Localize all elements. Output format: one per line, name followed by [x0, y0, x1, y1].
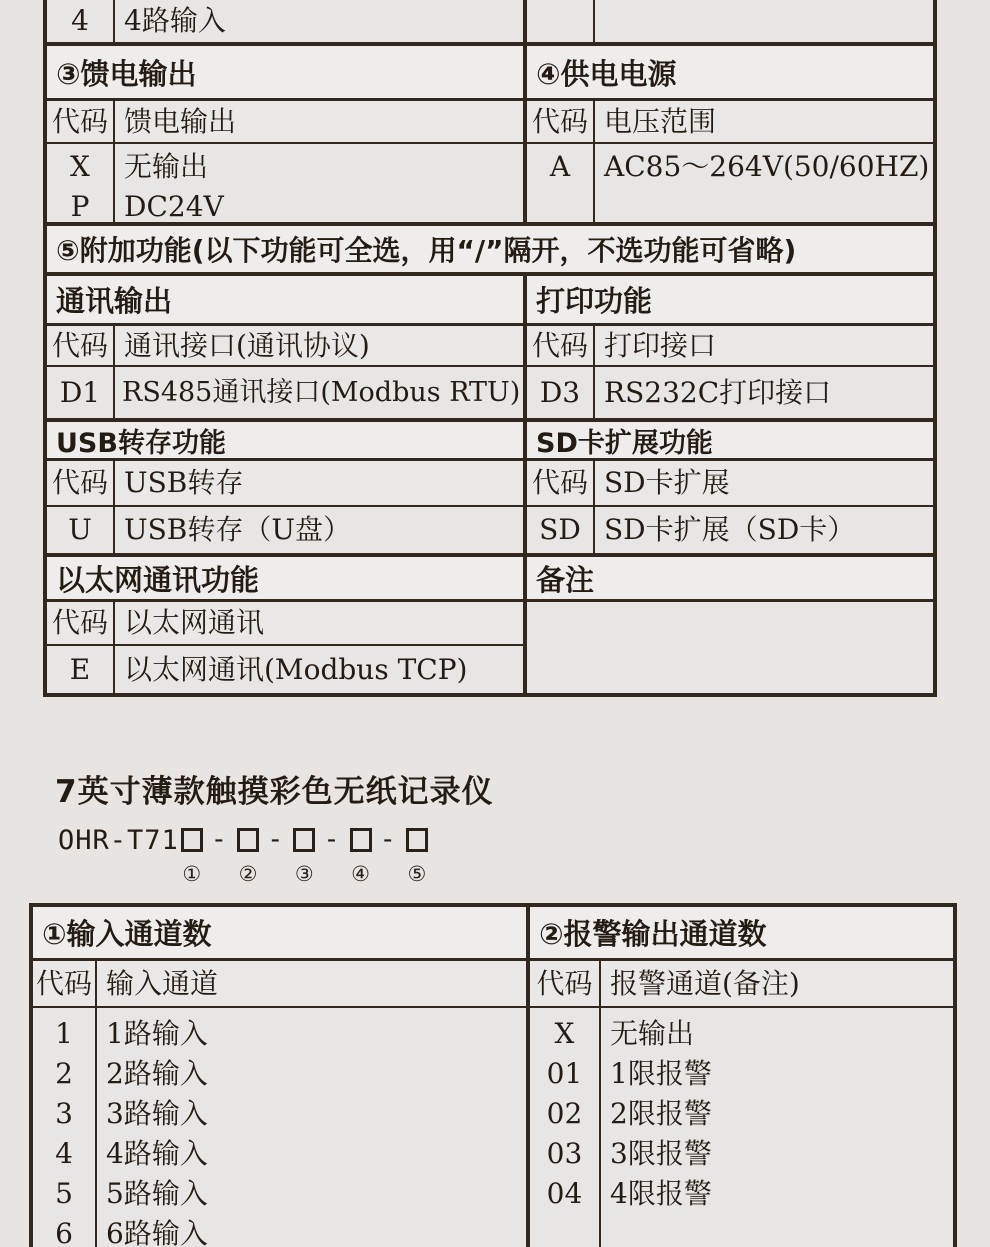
ethernet-func-title-cell: 以太网通讯功能	[47, 557, 523, 599]
comm-print-body-row: D1 RS485通讯接口(Modbus RTU) D3 RS232C打印接口	[47, 367, 933, 422]
power-supply-header: 代码 电压范围	[523, 101, 933, 142]
comm-output-title-cell: 通讯输出	[47, 276, 523, 323]
desc-header-label: 输入通道	[106, 961, 526, 1006]
position-label: ①	[182, 864, 201, 885]
desc-value: 3限报警	[610, 1134, 953, 1174]
desc-value: 4限报警	[610, 1174, 953, 1214]
comm-output-body: D1 RS485通讯接口(Modbus RTU)	[47, 367, 523, 418]
alarm-channels-header: 代码 报警通道(备注)	[526, 961, 953, 1006]
power-supply-body: A AC85～264V(50/60HZ)	[523, 144, 933, 222]
code-header-cell: 代码	[527, 461, 595, 505]
code-cell: D1	[47, 367, 115, 418]
section-title: 备注	[527, 557, 933, 599]
desc-value: 3路输入	[106, 1094, 526, 1134]
desc-value: SD卡扩展（SD卡）	[604, 510, 933, 550]
desc-value: 1限报警	[610, 1054, 953, 1094]
code-value: A	[550, 147, 570, 187]
usb-func-body: U USB转存（U盘）	[47, 507, 523, 553]
desc-value: 5路输入	[106, 1174, 526, 1214]
code-value: U	[68, 510, 92, 550]
desc-cell: RS232C打印接口	[595, 367, 933, 418]
desc-header-label: SD卡扩展	[604, 461, 933, 505]
section-title: 打印功能	[527, 276, 933, 323]
partial-row: 4 4路输入	[47, 0, 933, 46]
code-header-label: 代码	[36, 961, 92, 1006]
desc-value: USB转存（U盘）	[124, 510, 523, 550]
desc-value: 无输出	[124, 147, 523, 187]
desc-value: 2限报警	[610, 1094, 953, 1134]
desc-cell: AC85～264V(50/60HZ)	[595, 144, 933, 222]
desc-header-cell: 报警通道(备注)	[601, 961, 953, 1006]
desc-cell: SD卡扩展（SD卡）	[595, 507, 933, 553]
model-position-3: ③	[293, 828, 315, 885]
desc-value: 4路输入	[124, 1, 523, 41]
desc-cell: 以太网通讯(Modbus TCP)	[115, 646, 523, 693]
datasheet-page: { "colors":{ "border":"#33281e", "page_b…	[0, 0, 990, 1247]
comm-print-header-row: 代码 通讯接口(通讯协议) 代码 打印接口	[47, 326, 933, 367]
code-header-label: 代码	[532, 101, 588, 142]
desc-header-cell: 以太网通讯	[115, 602, 523, 644]
code-value: E	[70, 650, 90, 690]
remark-body	[523, 602, 933, 693]
partial-row-left: 4 4路输入	[47, 0, 523, 42]
section-3-4-title-row: ③馈电输出 ④供电电源	[47, 46, 933, 101]
remark-empty-cell	[527, 602, 933, 693]
desc-header-label: 馈电输出	[124, 101, 523, 142]
ethernet-func-body: 代码 以太网通讯 E 以太网通讯(Modbus TCP)	[47, 602, 523, 693]
model-separator: -	[267, 828, 283, 852]
ethernet-remark-body-row: 代码 以太网通讯 E 以太网通讯(Modbus TCP)	[47, 602, 933, 693]
code-header-label: 代码	[52, 101, 108, 142]
ordering-table-bottom: ①输入通道数 ②报警输出通道数 代码 输入通道 代码 报警通道(备注)	[29, 903, 957, 1247]
section-1-2-body-row: 1 2 3 4 5 6 1路输入 2路输入 3路输入 4路输入 5路输入 6路输…	[33, 1008, 953, 1247]
section-3-4-header-row: 代码 馈电输出 代码 电压范围	[47, 101, 933, 144]
desc-cell: USB转存（U盘）	[115, 507, 523, 553]
input-channels-title-cell: ①输入通道数	[33, 907, 526, 958]
desc-header-label: USB转存	[124, 461, 523, 505]
section-title: SD卡扩展功能	[527, 422, 933, 458]
section-1-2-title-row: ①输入通道数 ②报警输出通道数	[33, 907, 953, 961]
code-value: 1	[55, 1014, 73, 1054]
ethernet-value-subrow: E 以太网通讯(Modbus TCP)	[47, 646, 523, 693]
model-code-box	[181, 828, 203, 852]
alarm-channels-title-cell: ②报警输出通道数	[526, 907, 953, 958]
code-value: 03	[547, 1134, 583, 1174]
desc-header-cell: USB转存	[115, 461, 523, 505]
ethernet-remark-title-row: 以太网通讯功能 备注	[47, 557, 933, 602]
model-code-box	[406, 828, 428, 852]
code-value: 4	[71, 1, 89, 41]
code-header-label: 代码	[532, 461, 588, 505]
input-channels-header: 代码 输入通道	[33, 961, 526, 1006]
model-separator: -	[380, 828, 396, 852]
desc-value: 1路输入	[106, 1014, 526, 1054]
input-channels-body: 1 2 3 4 5 6 1路输入 2路输入 3路输入 4路输入 5路输入 6路输…	[33, 1008, 526, 1247]
model-prefix: OHR-T71	[58, 828, 179, 854]
feed-output-body: X P 无输出 DC24V	[47, 144, 523, 222]
desc-header-label: 通讯接口(通讯协议)	[124, 326, 523, 365]
section-title: ③馈电输出	[47, 46, 523, 98]
code-header-cell: 代码	[527, 101, 595, 142]
power-supply-title-cell: ④供电电源	[523, 46, 933, 98]
code-cell: X 01 02 03 04	[530, 1008, 601, 1247]
desc-value: 4路输入	[106, 1134, 526, 1174]
code-value: D3	[540, 373, 580, 413]
code-cell: 1 2 3 4 5 6	[33, 1008, 97, 1247]
model-code-box	[293, 828, 315, 852]
section-title: 以太网通讯功能	[47, 557, 523, 599]
code-cell: U	[47, 507, 115, 553]
desc-header-label: 报警通道(备注)	[610, 961, 953, 1006]
alarm-channels-body: X 01 02 03 04 无输出 1限报警 2限报警 3限报警 4限报警	[526, 1008, 953, 1247]
empty-desc-cell	[595, 0, 933, 42]
desc-header-cell: 电压范围	[595, 101, 933, 142]
code-value: 2	[55, 1054, 73, 1094]
desc-header-cell: 输入通道	[97, 961, 526, 1006]
code-header-cell: 代码	[47, 101, 115, 142]
ordering-table-top: 4 4路输入 ③馈电输出 ④供电电源 代码 馈电输出	[43, 0, 937, 697]
code-value: 04	[547, 1174, 583, 1214]
sd-func-body: SD SD卡扩展（SD卡）	[523, 507, 933, 553]
desc-value: 以太网通讯(Modbus TCP)	[124, 650, 523, 690]
code-value: 3	[55, 1094, 73, 1134]
model-position-4: ④	[350, 828, 372, 885]
code-value: 4	[55, 1134, 73, 1174]
code-header-label: 代码	[52, 461, 108, 505]
desc-header-label: 以太网通讯	[124, 602, 523, 644]
desc-value: RS232C打印接口	[604, 373, 933, 413]
model-position-1: ①	[181, 828, 203, 885]
code-header-cell: 代码	[47, 602, 115, 644]
code-value: P	[71, 187, 90, 227]
desc-cell: RS485通讯接口(Modbus RTU)	[115, 367, 523, 418]
desc-value: 6路输入	[106, 1214, 526, 1247]
code-header-cell: 代码	[47, 461, 115, 505]
code-cell: E	[47, 646, 115, 693]
section-title: ①输入通道数	[33, 907, 526, 958]
desc-header-label: 电压范围	[604, 101, 933, 142]
code-header-cell: 代码	[530, 961, 601, 1006]
code-header-label: 代码	[536, 961, 592, 1006]
section-5-title-row: ⑤附加功能(以下功能可全选，用“/”隔开，不选功能可省略)	[47, 226, 933, 276]
section-title: ④供电电源	[527, 46, 933, 98]
position-label: ④	[351, 864, 370, 885]
code-value: D1	[60, 373, 100, 413]
section-title: ⑤附加功能(以下功能可全选，用“/”隔开，不选功能可省略)	[47, 226, 933, 272]
desc-header-cell: 通讯接口(通讯协议)	[115, 326, 523, 365]
model-code-box	[350, 828, 372, 852]
section-title: ②报警输出通道数	[530, 907, 953, 958]
desc-cell: 4路输入	[115, 0, 523, 42]
usb-func-title-cell: USB转存功能	[47, 422, 523, 458]
product-heading: 7英寸薄款触摸彩色无纸记录仪	[55, 766, 494, 811]
position-label: ②	[239, 864, 258, 885]
desc-header-cell: SD卡扩展	[595, 461, 933, 505]
comm-print-title-row: 通讯输出 打印功能	[47, 276, 933, 326]
partial-row-right	[523, 0, 933, 42]
desc-value: RS485通讯接口(Modbus RTU)	[122, 373, 523, 413]
code-header-label: 代码	[532, 326, 588, 365]
comm-output-header: 代码 通讯接口(通讯协议)	[47, 326, 523, 365]
feed-output-header: 代码 馈电输出	[47, 101, 523, 142]
code-value: 5	[55, 1174, 73, 1214]
model-code-box	[237, 828, 259, 852]
code-cell: D3	[527, 367, 595, 418]
desc-header-cell: 馈电输出	[115, 101, 523, 142]
usb-sd-header-row: 代码 USB转存 代码 SD卡扩展	[47, 461, 933, 507]
position-label: ③	[295, 864, 314, 885]
usb-func-header: 代码 USB转存	[47, 461, 523, 505]
code-value: 01	[547, 1054, 583, 1094]
code-cell: 4	[47, 0, 115, 42]
section-title: USB转存功能	[47, 422, 523, 458]
code-value: 02	[547, 1094, 583, 1134]
desc-value: 无输出	[610, 1014, 953, 1054]
code-header-cell: 代码	[527, 326, 595, 365]
desc-header-label: 打印接口	[604, 326, 933, 365]
code-value: X	[70, 147, 90, 187]
desc-header-cell: 打印接口	[595, 326, 933, 365]
sd-func-header: 代码 SD卡扩展	[523, 461, 933, 505]
code-header-cell: 代码	[33, 961, 97, 1006]
usb-sd-title-row: USB转存功能 SD卡扩展功能	[47, 422, 933, 461]
section-1-2-header-row: 代码 输入通道 代码 报警通道(备注)	[33, 961, 953, 1008]
position-label: ⑤	[407, 864, 426, 885]
code-header-label: 代码	[52, 326, 108, 365]
print-func-title-cell: 打印功能	[523, 276, 933, 323]
model-code-diagram: OHR-T71 ① - ② - ③ - ④ - ⑤	[58, 828, 428, 885]
code-value: 6	[55, 1214, 73, 1247]
code-header-cell: 代码	[47, 326, 115, 365]
desc-value: DC24V	[124, 187, 523, 227]
desc-cell: 无输出 1限报警 2限报警 3限报警 4限报警	[601, 1008, 953, 1247]
code-value: X	[555, 1014, 575, 1054]
desc-value: 2路输入	[106, 1054, 526, 1094]
model-position-5: ⑤	[406, 828, 428, 885]
usb-sd-body-row: U USB转存（U盘） SD SD卡扩展（SD卡）	[47, 507, 933, 557]
code-cell: A	[527, 144, 595, 222]
desc-cell: 1路输入 2路输入 3路输入 4路输入 5路输入 6路输入	[97, 1008, 526, 1247]
model-separator: -	[323, 828, 339, 852]
model-position-2: ②	[237, 828, 259, 885]
desc-value: AC85～264V(50/60HZ)	[604, 147, 933, 187]
feed-output-title-cell: ③馈电输出	[47, 46, 523, 98]
print-func-body: D3 RS232C打印接口	[523, 367, 933, 418]
remark-title-cell: 备注	[523, 557, 933, 599]
ethernet-header-subrow: 代码 以太网通讯	[47, 602, 523, 646]
empty-code-cell	[527, 0, 595, 42]
code-header-label: 代码	[52, 602, 108, 644]
section-3-4-body-row: X P 无输出 DC24V A AC85～264V(50/60HZ)	[47, 144, 933, 226]
code-cell: X P	[47, 144, 115, 222]
desc-cell: 无输出 DC24V	[115, 144, 523, 222]
section-title: 通讯输出	[47, 276, 523, 323]
code-value: SD	[539, 510, 581, 550]
sd-func-title-cell: SD卡扩展功能	[523, 422, 933, 458]
code-cell: SD	[527, 507, 595, 553]
model-separator: -	[211, 828, 227, 852]
print-func-header: 代码 打印接口	[523, 326, 933, 365]
